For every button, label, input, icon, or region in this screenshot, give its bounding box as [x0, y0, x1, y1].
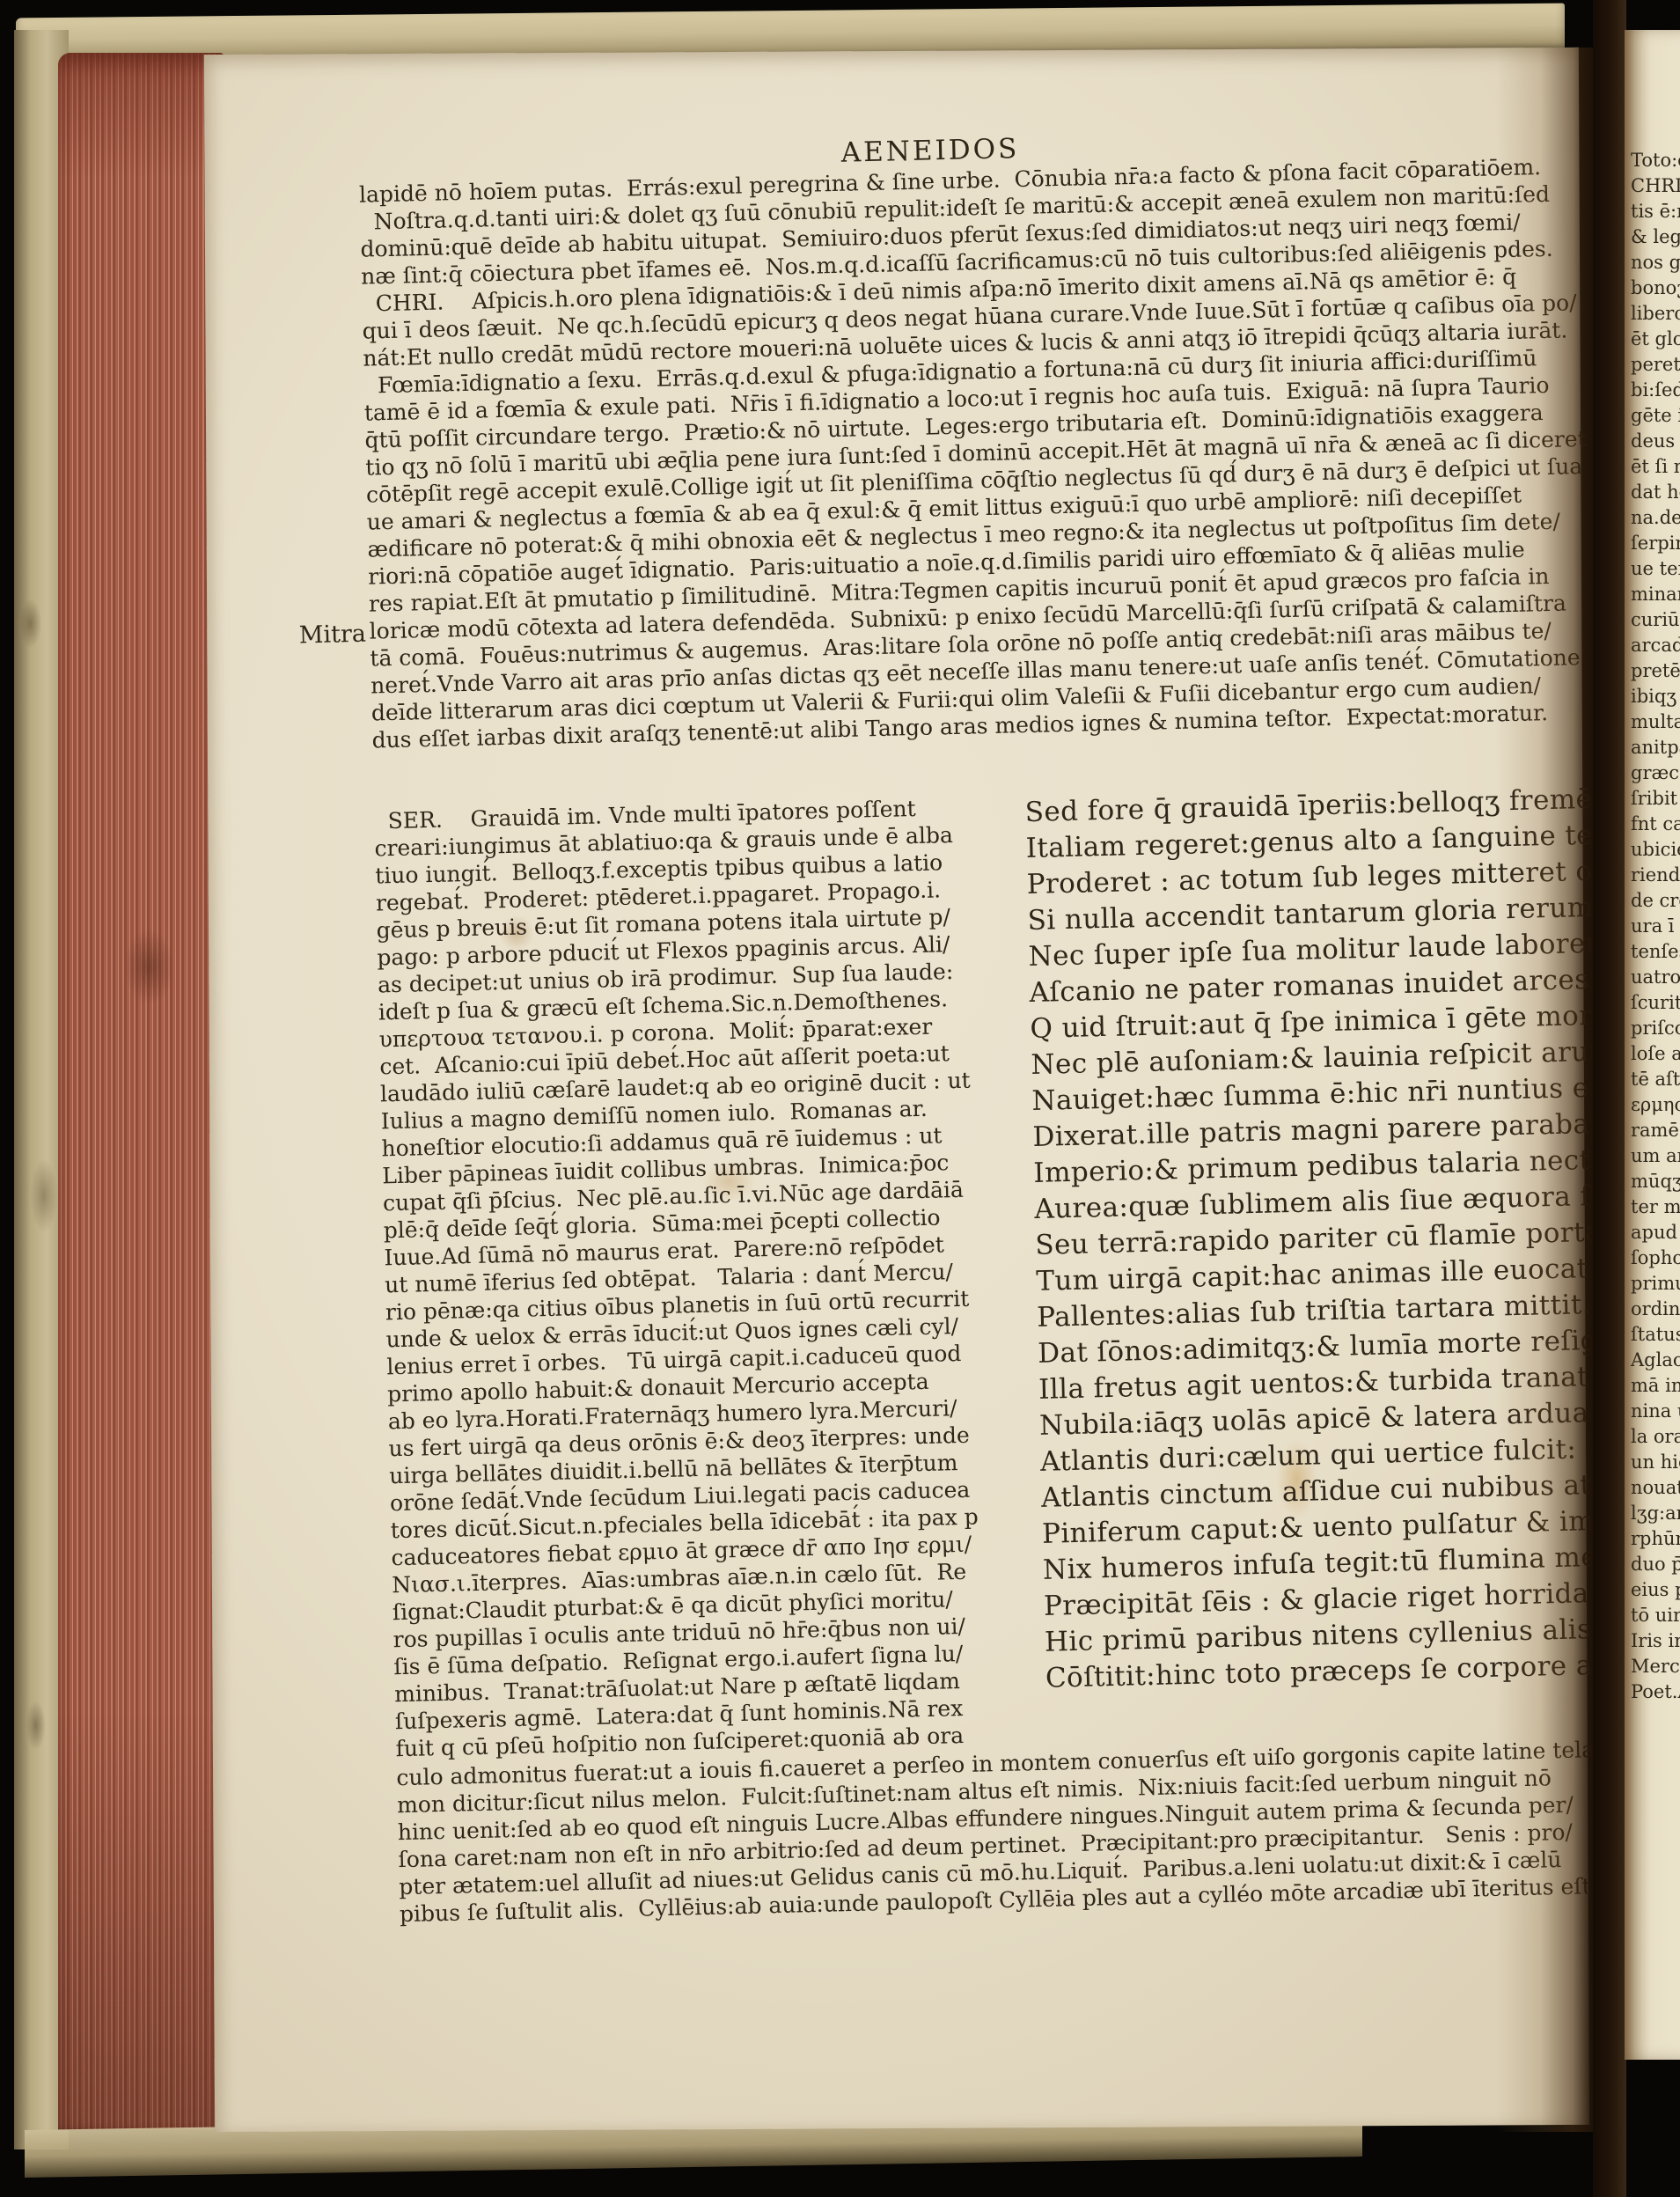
running-title: AENEIDOS [798, 132, 1063, 170]
text-line: curiū uelint. [1631, 607, 1680, 633]
text-line: ramē ſecūdū [1631, 1118, 1680, 1143]
text-line: la oracula p [1631, 1424, 1680, 1450]
typeset-text-block: AENEIDOS Mitra lapidē nō hoīem putas. Er… [187, 35, 1610, 2144]
text-line: apud Platon [1631, 1220, 1680, 1245]
incunable-book-photo: AENEIDOS Mitra lapidē nō hoīem putas. Er… [0, 0, 1680, 2197]
text-line: un hic priſ [1631, 1450, 1680, 1475]
text-line: CHRI. T [1631, 173, 1680, 199]
text-line: dat hoc iā a ſe [1631, 480, 1680, 505]
text-line: ēt gloria mag [1631, 327, 1680, 352]
text-line: ter maximū [1631, 1194, 1680, 1220]
text-line: um arborūqʒ [1631, 1143, 1680, 1169]
text-line: uatropolo [1631, 965, 1680, 990]
left-commentary-column: SER. Grauidā im. Vnde multi īpatores poſ… [373, 792, 1051, 1762]
text-line: lʒg:an [1631, 1501, 1680, 1526]
text-line: nina uolum [1631, 1399, 1680, 1424]
text-line: ſcuritatē aff [1631, 990, 1680, 1016]
text-line: Toto:c.unc [1631, 148, 1680, 173]
text-line: nouatiōe [1631, 1475, 1680, 1501]
top-commentary-block: lapidē nō hoīem putas. Errás:exul peregr… [359, 153, 1560, 754]
text-line: ibiqʒ īomni [1631, 684, 1680, 709]
text-line: fnt caducea [1631, 812, 1680, 837]
text-line: deus & qa au [1631, 429, 1680, 454]
text-line: priſcos poſu [1631, 1016, 1680, 1041]
text-line: tenſes tho [1631, 939, 1680, 965]
facing-page-sliver: Toto:c.uncCHRI. Ttis ē:nā rex is& legibu… [1625, 30, 1680, 2060]
text-line: Iris in unū [1631, 1628, 1680, 1654]
text-line: de creten: [1631, 888, 1680, 914]
text-line: duo p̄ci [1631, 1552, 1680, 1577]
text-line: mā indicant [1631, 1373, 1680, 1399]
text-line: Mercurius: [1631, 1654, 1680, 1679]
text-line: tis ē:nā rex is [1631, 199, 1680, 224]
text-line: ubicies:cad [1631, 837, 1680, 863]
text-line: primus a ph [1631, 1271, 1680, 1297]
verso-page: AENEIDOS Mitra lapidē nō hoīem putas. Er… [204, 48, 1589, 2132]
text-line: ue tertio & m [1631, 556, 1680, 582]
text-line: ſribit ex iou [1631, 786, 1680, 812]
text-line: gēte inimica [1631, 403, 1680, 429]
facing-page-text-fragments: Toto:c.uncCHRI. Ttis ē:nā rex is& legibu… [1631, 148, 1680, 1705]
text-line: Poet.Audie [1631, 1679, 1680, 1705]
text-line: na.deoʒ Me [1631, 505, 1680, 531]
text-line: riendis p̄ſ [1631, 863, 1680, 888]
text-line: Aglaophen [1631, 1348, 1680, 1373]
gutter-gap [1593, 0, 1626, 2197]
text-line: ſophos ſapia [1631, 1245, 1680, 1271]
text-line: eius pla [1631, 1577, 1680, 1603]
text-line: græcos ea q̄ [1631, 760, 1680, 786]
text-line: nos gloriaqʒ [1631, 250, 1680, 276]
text-line: minare:q Ar [1631, 582, 1680, 607]
text-line: anitpa.Nā [1631, 735, 1680, 760]
text-line: peret īperia. [1631, 352, 1680, 378]
text-line: tē aſtrologū [1631, 1067, 1680, 1092]
margin-note-mitra: Mitra [298, 621, 366, 650]
text-line: arcadē genui [1631, 633, 1680, 658]
text-line: & legibus:qu [1631, 224, 1680, 250]
text-line: bonoʒ incot [1631, 276, 1680, 301]
text-line: pretē futurū: [1631, 658, 1680, 684]
text-line: liberoʒ cauſ [1631, 301, 1680, 327]
text-line: mūqʒ anni r [1631, 1169, 1680, 1194]
text-line: ēt ſi nullū arg [1631, 454, 1680, 480]
text-line: ερμηο Τριμā [1631, 1092, 1680, 1118]
text-line: ura ī pher [1631, 914, 1680, 939]
bottom-commentary-block: culo admonitus fuerat:ut a iouis fi.caue… [396, 1736, 1596, 1928]
text-line: tō uiro iu [1631, 1603, 1680, 1628]
text-line: ſtatus diuin [1631, 1322, 1680, 1348]
text-line: bi:ſed & filio [1631, 378, 1680, 403]
text-line: rphūm [1631, 1526, 1680, 1552]
text-line: multa adiun [1631, 709, 1680, 735]
text-line: loſe ac my ſt [1631, 1041, 1680, 1067]
text-line: ordine:aiarū [1631, 1297, 1680, 1322]
gutter-shadow [1496, 48, 1595, 2132]
text-line: ſerpinæ cōm [1631, 531, 1680, 556]
